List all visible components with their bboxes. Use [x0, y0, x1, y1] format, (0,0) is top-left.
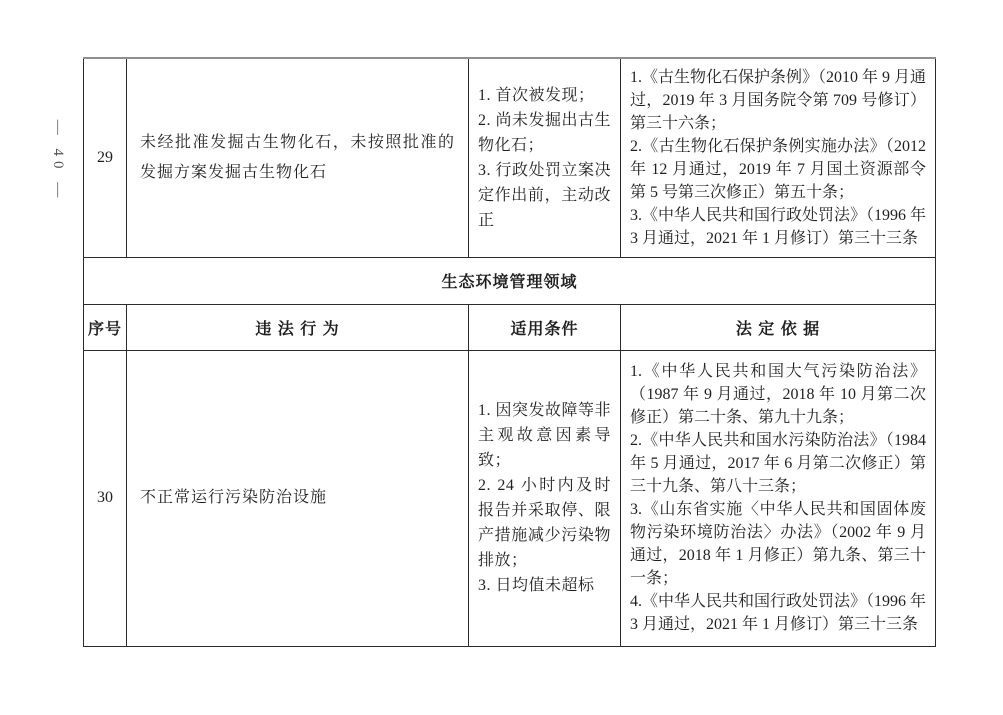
legal-basis-cell: 1.《古生物化石保护条例》（2010 年 9 月通过，2019 年 3 月国务院…: [621, 58, 936, 257]
violation-cell: 不正常运行污染防治设施: [127, 350, 469, 646]
legal-basis-cell: 1.《中华人民共和国大气污染防治法》（1987 年 9 月通过，2018 年 1…: [621, 350, 936, 646]
legal-basis-item: 3.《中华人民共和国行政处罚法》（1996 年 3 月通过，2021 年 1 月…: [630, 204, 926, 250]
violations-table: 29 未经批准发掘古生物化石，未按照批准的发掘方案发掘古生物化石 1. 首次被发…: [83, 57, 936, 647]
section-header-row: 生态环境管理领域: [84, 257, 936, 304]
column-header-violation: 违 法 行 为: [127, 304, 469, 350]
condition-item: 1. 因突发故障等非主观故意因素导致；: [478, 398, 611, 473]
legal-basis-item: 1.《古生物化石保护条例》（2010 年 9 月通过，2019 年 3 月国务院…: [630, 66, 926, 135]
condition-item: 3. 日均值未超标: [478, 573, 611, 598]
legal-basis-item: 1.《中华人民共和国大气污染防治法》（1987 年 9 月通过，2018 年 1…: [630, 360, 926, 429]
legal-basis-item: 3.《山东省实施〈中华人民共和国固体废物污染环境防治法〉办法》（2002 年 9…: [630, 498, 926, 590]
column-header-row: 序号 违 法 行 为 适用条件 法 定 依 据: [84, 304, 936, 350]
row-number: 29: [84, 58, 127, 257]
column-header-index: 序号: [84, 304, 127, 350]
condition-item: 3. 行政处罚立案决定作出前，主动改正: [478, 158, 611, 233]
legal-basis-item: 4.《中华人民共和国行政处罚法》（1996 年 3 月通过，2021 年 1 月…: [630, 590, 926, 636]
table-row-30: 30 不正常运行污染防治设施 1. 因突发故障等非主观故意因素导致； 2. 24…: [84, 350, 936, 646]
legal-basis-item: 2.《中华人民共和国水污染防治法》（1984 年 5 月通过，2017 年 6 …: [630, 429, 926, 498]
violation-text: 未经批准发掘古生物化石，未按照批准的发掘方案发掘古生物化石: [140, 128, 455, 188]
section-header: 生态环境管理领域: [84, 257, 936, 304]
violation-text: 不正常运行污染防治设施: [140, 483, 455, 513]
condition-item: 1. 首次被发现；: [478, 83, 611, 108]
column-header-conditions: 适用条件: [469, 304, 621, 350]
conditions-cell: 1. 首次被发现； 2. 尚未发掘出古生物化石； 3. 行政处罚立案决定作出前，…: [469, 58, 621, 257]
condition-item: 2. 尚未发掘出古生物化石；: [478, 108, 611, 158]
document-page: — 40 — 29 未经批准发掘古生物化石，未按照批准的发掘方案发掘古生物化石 …: [0, 0, 1003, 715]
conditions-cell: 1. 因突发故障等非主观故意因素导致； 2. 24 小时内及时报告并采取停、限产…: [469, 350, 621, 646]
table-row-29: 29 未经批准发掘古生物化石，未按照批准的发掘方案发掘古生物化石 1. 首次被发…: [84, 58, 936, 257]
page-number: — 40 —: [47, 66, 69, 256]
column-header-legal-basis: 法 定 依 据: [621, 304, 936, 350]
legal-basis-item: 2.《古生物化石保护条例实施办法》（2012 年 12 月通过，2019 年 7…: [630, 135, 926, 204]
violation-cell: 未经批准发掘古生物化石，未按照批准的发掘方案发掘古生物化石: [127, 58, 469, 257]
condition-item: 2. 24 小时内及时报告并采取停、限产措施减少污染物排放；: [478, 473, 611, 573]
row-number: 30: [84, 350, 127, 646]
